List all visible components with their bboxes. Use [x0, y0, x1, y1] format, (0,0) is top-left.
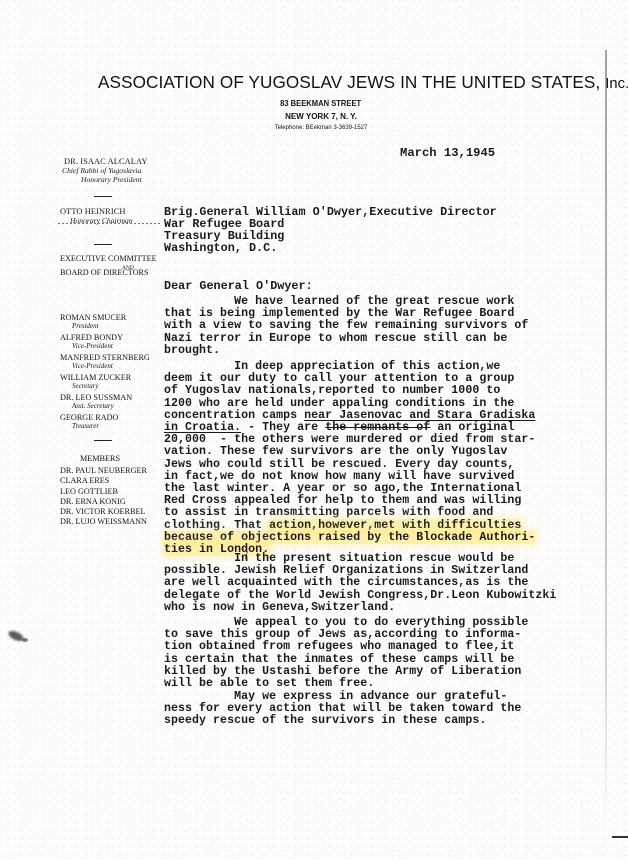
honorary-president-name: DR. ISAAC ALCALAY	[62, 157, 148, 166]
text-line: is certain that the inmates of these cam…	[164, 654, 528, 666]
officer-name: DR. LEO SUSSMAN	[60, 393, 150, 402]
sidebar-divider	[94, 196, 112, 197]
scan-corner-mark	[612, 836, 628, 838]
highlighted-text: because of objections raised by the Bloc…	[164, 531, 535, 544]
members-heading: MEMBERS	[80, 454, 120, 463]
officer-entry: ALFRED BONDYVice-President	[60, 333, 150, 351]
organization-name: ASSOCIATION OF YUGOSLAV JEWS IN THE UNIT…	[98, 72, 559, 93]
officer-name: WILLIAM ZUCKER	[60, 373, 150, 382]
paragraph-3: In the present situation rescue would be…	[164, 553, 556, 614]
committee-heading: EXECUTIVE COMMITTEE AND BOARD OF DIRECTO…	[60, 254, 157, 278]
city-address: NEW YORK 7, N. Y.	[0, 112, 628, 121]
committee-heading-line1: EXECUTIVE COMMITTEE	[60, 254, 157, 263]
officer-name: MANFRED STERNBERG	[60, 353, 150, 362]
struck-text: the remnants of	[325, 421, 430, 434]
text-line: will be able to set them free.	[164, 678, 528, 690]
text-segment: an original	[430, 421, 514, 434]
officer-name: GEORGE RADO	[60, 413, 150, 422]
committee-heading-and: AND	[122, 263, 134, 273]
honorary-chairman-name: OTTO HEINRICH	[60, 207, 133, 216]
text-line: are well acquainted with the circumstanc…	[164, 577, 556, 589]
text-line: with a view to saving the few remaining …	[164, 320, 528, 332]
ink-smudge	[22, 638, 28, 642]
text-segment: clothing. That	[164, 519, 269, 532]
officer-title: Asst. Secretary	[60, 402, 150, 411]
text-segment: concentration camps	[164, 409, 304, 422]
text-line: who is now in Geneva,Switzerland.	[164, 602, 556, 614]
member-name: DR. LUJO WEISSMANN	[60, 517, 147, 527]
text-line: clothing. That action,however,met with d…	[164, 520, 535, 532]
officer-entry: ROMAN SMUCERPresident	[60, 313, 150, 331]
officer-entry: DR. LEO SUSSMANAsst. Secretary	[60, 393, 150, 411]
highlighted-text: action,however,met with difficulties	[269, 519, 521, 532]
member-name: DR. ERNA KONIG	[60, 497, 147, 507]
addressee-line: Washington, D.C.	[164, 242, 497, 254]
honorary-president-title2: Honorary President	[62, 175, 148, 184]
committee-heading-line2: BOARD OF DIRECTORS	[60, 268, 157, 278]
text-line: delegate of the World Jewish Congress,Dr…	[164, 590, 556, 602]
sidebar-divider	[94, 244, 112, 245]
officer-entry: WILLIAM ZUCKERSecretary	[60, 373, 150, 391]
member-name: DR. PAUL NEUBERGER	[60, 466, 147, 476]
officer-title: Treasurer	[60, 422, 150, 431]
text-line: speedy rescue of the survivors in these …	[164, 715, 521, 727]
underlined-place-names: near Jasenovac and Stara Gradiska	[304, 409, 535, 422]
officer-name: ALFRED BONDY	[60, 333, 150, 342]
text-line: of Yugoslav nationals,reported to number…	[164, 385, 535, 397]
text-line: vation. These few survivors are the only…	[164, 446, 535, 458]
text-line: Jews who could still be rescued. Every d…	[164, 459, 535, 471]
officer-title: Vice-President	[60, 362, 150, 371]
addressee-block: Brig.General William O'Dwyer,Executive D…	[164, 206, 497, 254]
paragraph-2: In deep appreciation of this action,wede…	[164, 361, 535, 556]
member-name: DR. VICTOR KOERBEL	[60, 507, 147, 517]
member-name: CLARA ERES	[60, 476, 147, 486]
officer-name: ROMAN SMUCER	[60, 313, 150, 322]
page-edge-line	[605, 50, 607, 830]
honorary-president-block: DR. ISAAC ALCALAY Chief Rabbi of Yugosla…	[62, 157, 148, 184]
officer-entry: GEORGE RADOTreasurer	[60, 413, 150, 431]
member-name: LEO GOTTLIEB	[60, 487, 147, 497]
officer-title: Vice-President	[60, 342, 150, 351]
sidebar-divider	[94, 440, 112, 441]
letter-date: March 13,1945	[400, 146, 495, 160]
street-address: 83 BEEKMAN STREET	[16, 99, 613, 108]
paragraph-5: May we express in advance our grateful-n…	[164, 691, 521, 728]
officers-list: ROMAN SMUCERPresident ALFRED BONDYVice-P…	[60, 313, 150, 434]
telephone: Telephone: BEekman 3-3639-1527	[0, 125, 628, 131]
members-list: DR. PAUL NEUBERGER CLARA ERES LEO GOTTLI…	[60, 466, 147, 528]
text-line: brought.	[164, 345, 528, 357]
officer-entry: MANFRED STERNBERGVice-President	[60, 353, 150, 371]
text-line: Nazi terror in Europe to whom rescue sti…	[164, 333, 528, 345]
text-line: tion obtained from refugees who managed …	[164, 641, 528, 653]
underlined-place-names: in Croatia.	[164, 421, 241, 434]
officer-title: President	[60, 322, 150, 331]
text-segment: - They are	[241, 421, 325, 434]
honorary-president-title1: Chief Rabbi of Yugoslavia	[62, 166, 148, 175]
sidebar-rule	[58, 223, 161, 224]
officer-title: Secretary	[60, 382, 150, 391]
salutation: Dear General O'Dwyer:	[164, 279, 313, 293]
paragraph-4: We appeal to you to do everything possib…	[164, 617, 528, 690]
organization-name-text: ASSOCIATION OF YUGOSLAV JEWS IN THE UNIT…	[98, 72, 600, 92]
paragraph-1: We have learned of the great rescue work…	[164, 296, 528, 357]
organization-suffix: Inc.	[605, 75, 628, 92]
